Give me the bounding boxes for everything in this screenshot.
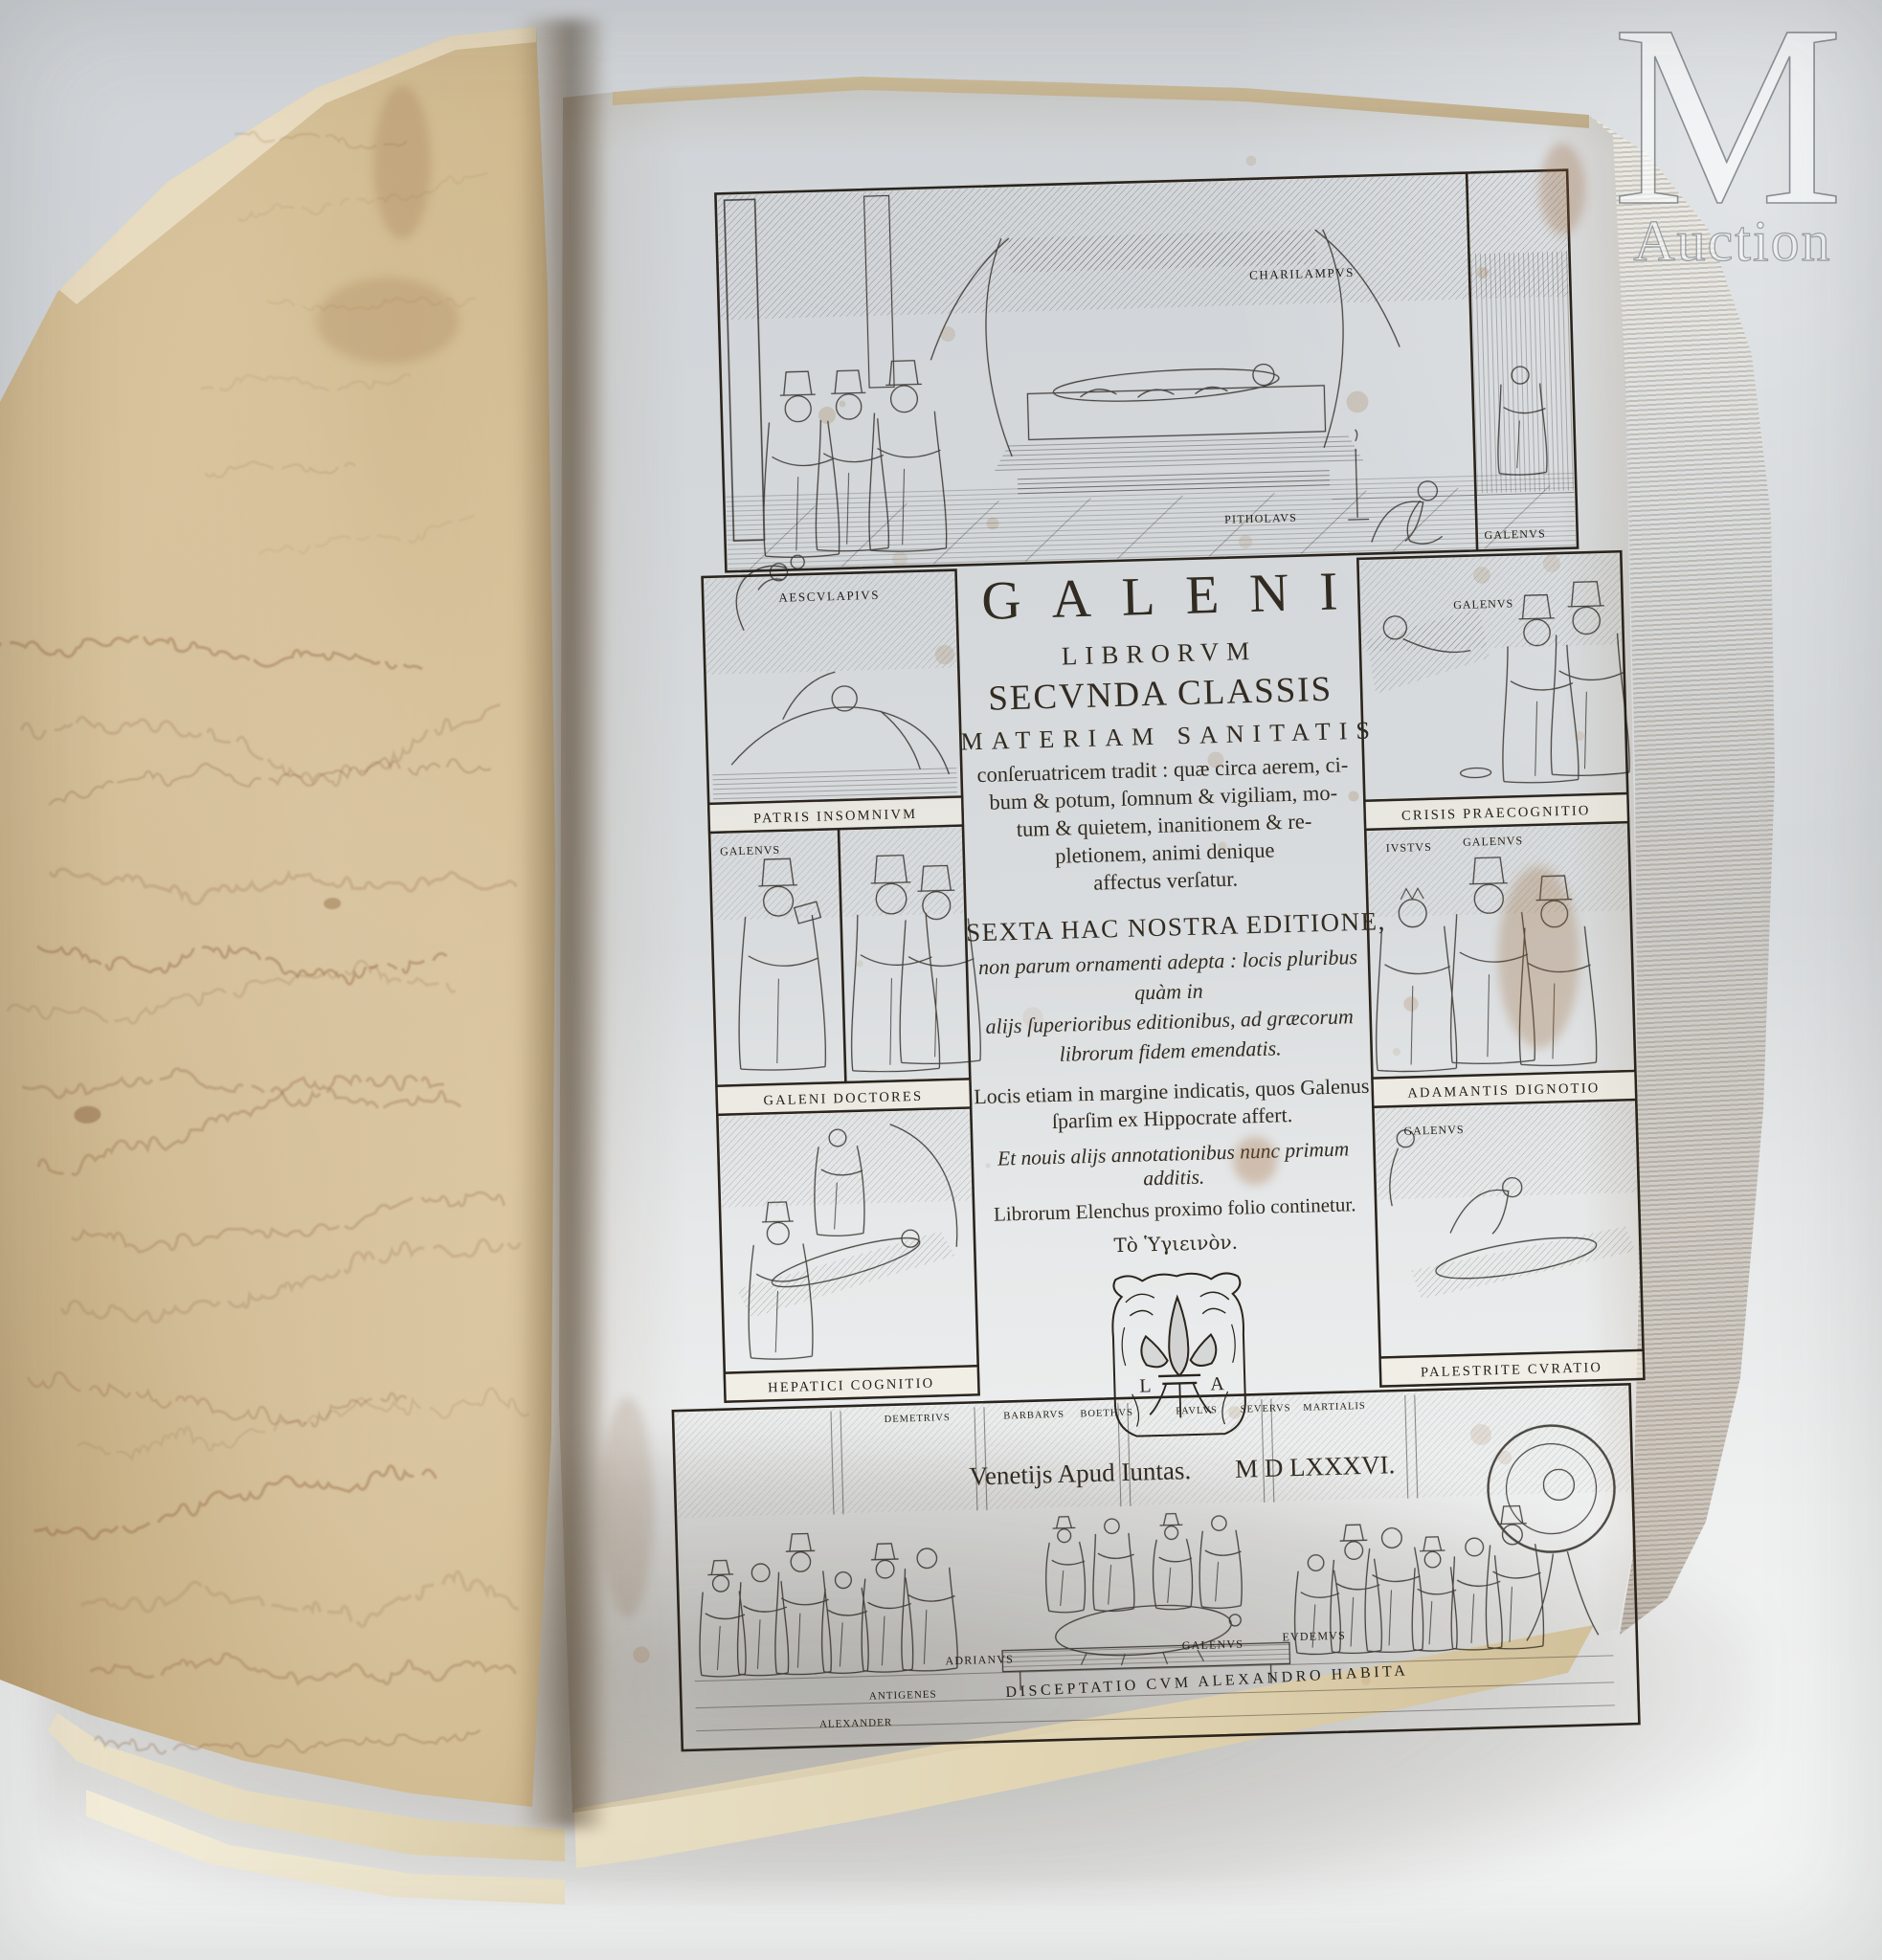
label-galenus-right3: GALENVS [1403, 1123, 1464, 1138]
title-line-librorum: LIBRORVM [958, 634, 1361, 675]
device-letter-a: A [1210, 1373, 1225, 1394]
device-letter-l: L [1139, 1375, 1152, 1396]
book-title: GALENI [956, 560, 1360, 634]
edition-heading: SEXTA HAC NOSTRA EDITIONE, [966, 907, 1369, 948]
auction-house-watermark: M Auction [1493, 0, 1882, 297]
label-aesculapius: AESCVLAPIVS [778, 588, 880, 605]
margin-note: Locis etiam in margine indicatis, quos G… [970, 1073, 1373, 1138]
label-adrianus: ADRIANVS [945, 1652, 1014, 1667]
label-iustus: IVSTVS [1386, 840, 1432, 855]
engraved-title-plate: CHARILAMPVS PITHOLAVS GALENVS AESCVLAPIV… [624, 154, 1683, 1771]
label-galenus-left2: GALENVS [720, 843, 780, 858]
imprint-place: Venetijs Apud Iuntas. [969, 1456, 1192, 1491]
fleur-de-lis-device-svg: L A [1100, 1266, 1258, 1444]
title-line-materiam-sanitatis: MATERIAM SANITATIS [960, 717, 1363, 757]
label-alexander: ALEXANDER [819, 1717, 893, 1730]
elenchus-note: Librorum Elenchus proximo folio continet… [974, 1192, 1377, 1228]
title-line-secunda-classis: SECVNDA CLASSIS [959, 668, 1362, 721]
label-demetrius: DEMETRIVS [885, 1413, 951, 1425]
edition-note-line: non parum ornamenti adepta : locis pluri… [967, 942, 1371, 1013]
label-galenus-bottom: GALENVS [1182, 1637, 1244, 1653]
giunta-printer-device: L A [975, 1263, 1382, 1449]
auction-photo: CHARILAMPVS PITHOLAVS GALENVS AESCVLAPIV… [0, 0, 1882, 1960]
argument-paragraph: conſeruatricem tradit : quæ circa aerem,… [961, 750, 1367, 901]
edition-note: non parum ornamenti adepta : locis pluri… [967, 942, 1372, 1072]
gutter-shadow [517, 19, 603, 1828]
greek-motto: Τὸ Ὑγιεινὸν. [975, 1227, 1378, 1261]
imprint-date: M D LXXXVI. [1235, 1450, 1396, 1484]
label-antigenes: ANTIGENES [869, 1689, 937, 1703]
label-pitholaus: PITHOLAVS [1224, 511, 1297, 526]
annotation-note: Et nouis alijs annotationibus nunc primu… [972, 1137, 1375, 1196]
label-eudemus: EVDEMVS [1282, 1629, 1346, 1644]
label-galenus-right2: GALENVS [1463, 834, 1523, 849]
watermark-label: Auction [1633, 210, 1831, 273]
label-charilampus: CHARILAMPVS [1249, 265, 1355, 282]
label-galenus-right1: GALENVS [1453, 596, 1513, 612]
label-galenus-top: GALENVS [1484, 526, 1546, 542]
letterpress-text-panel: GALENI LIBRORVM SECVNDA CLASSIS MATERIAM… [955, 545, 1381, 1402]
